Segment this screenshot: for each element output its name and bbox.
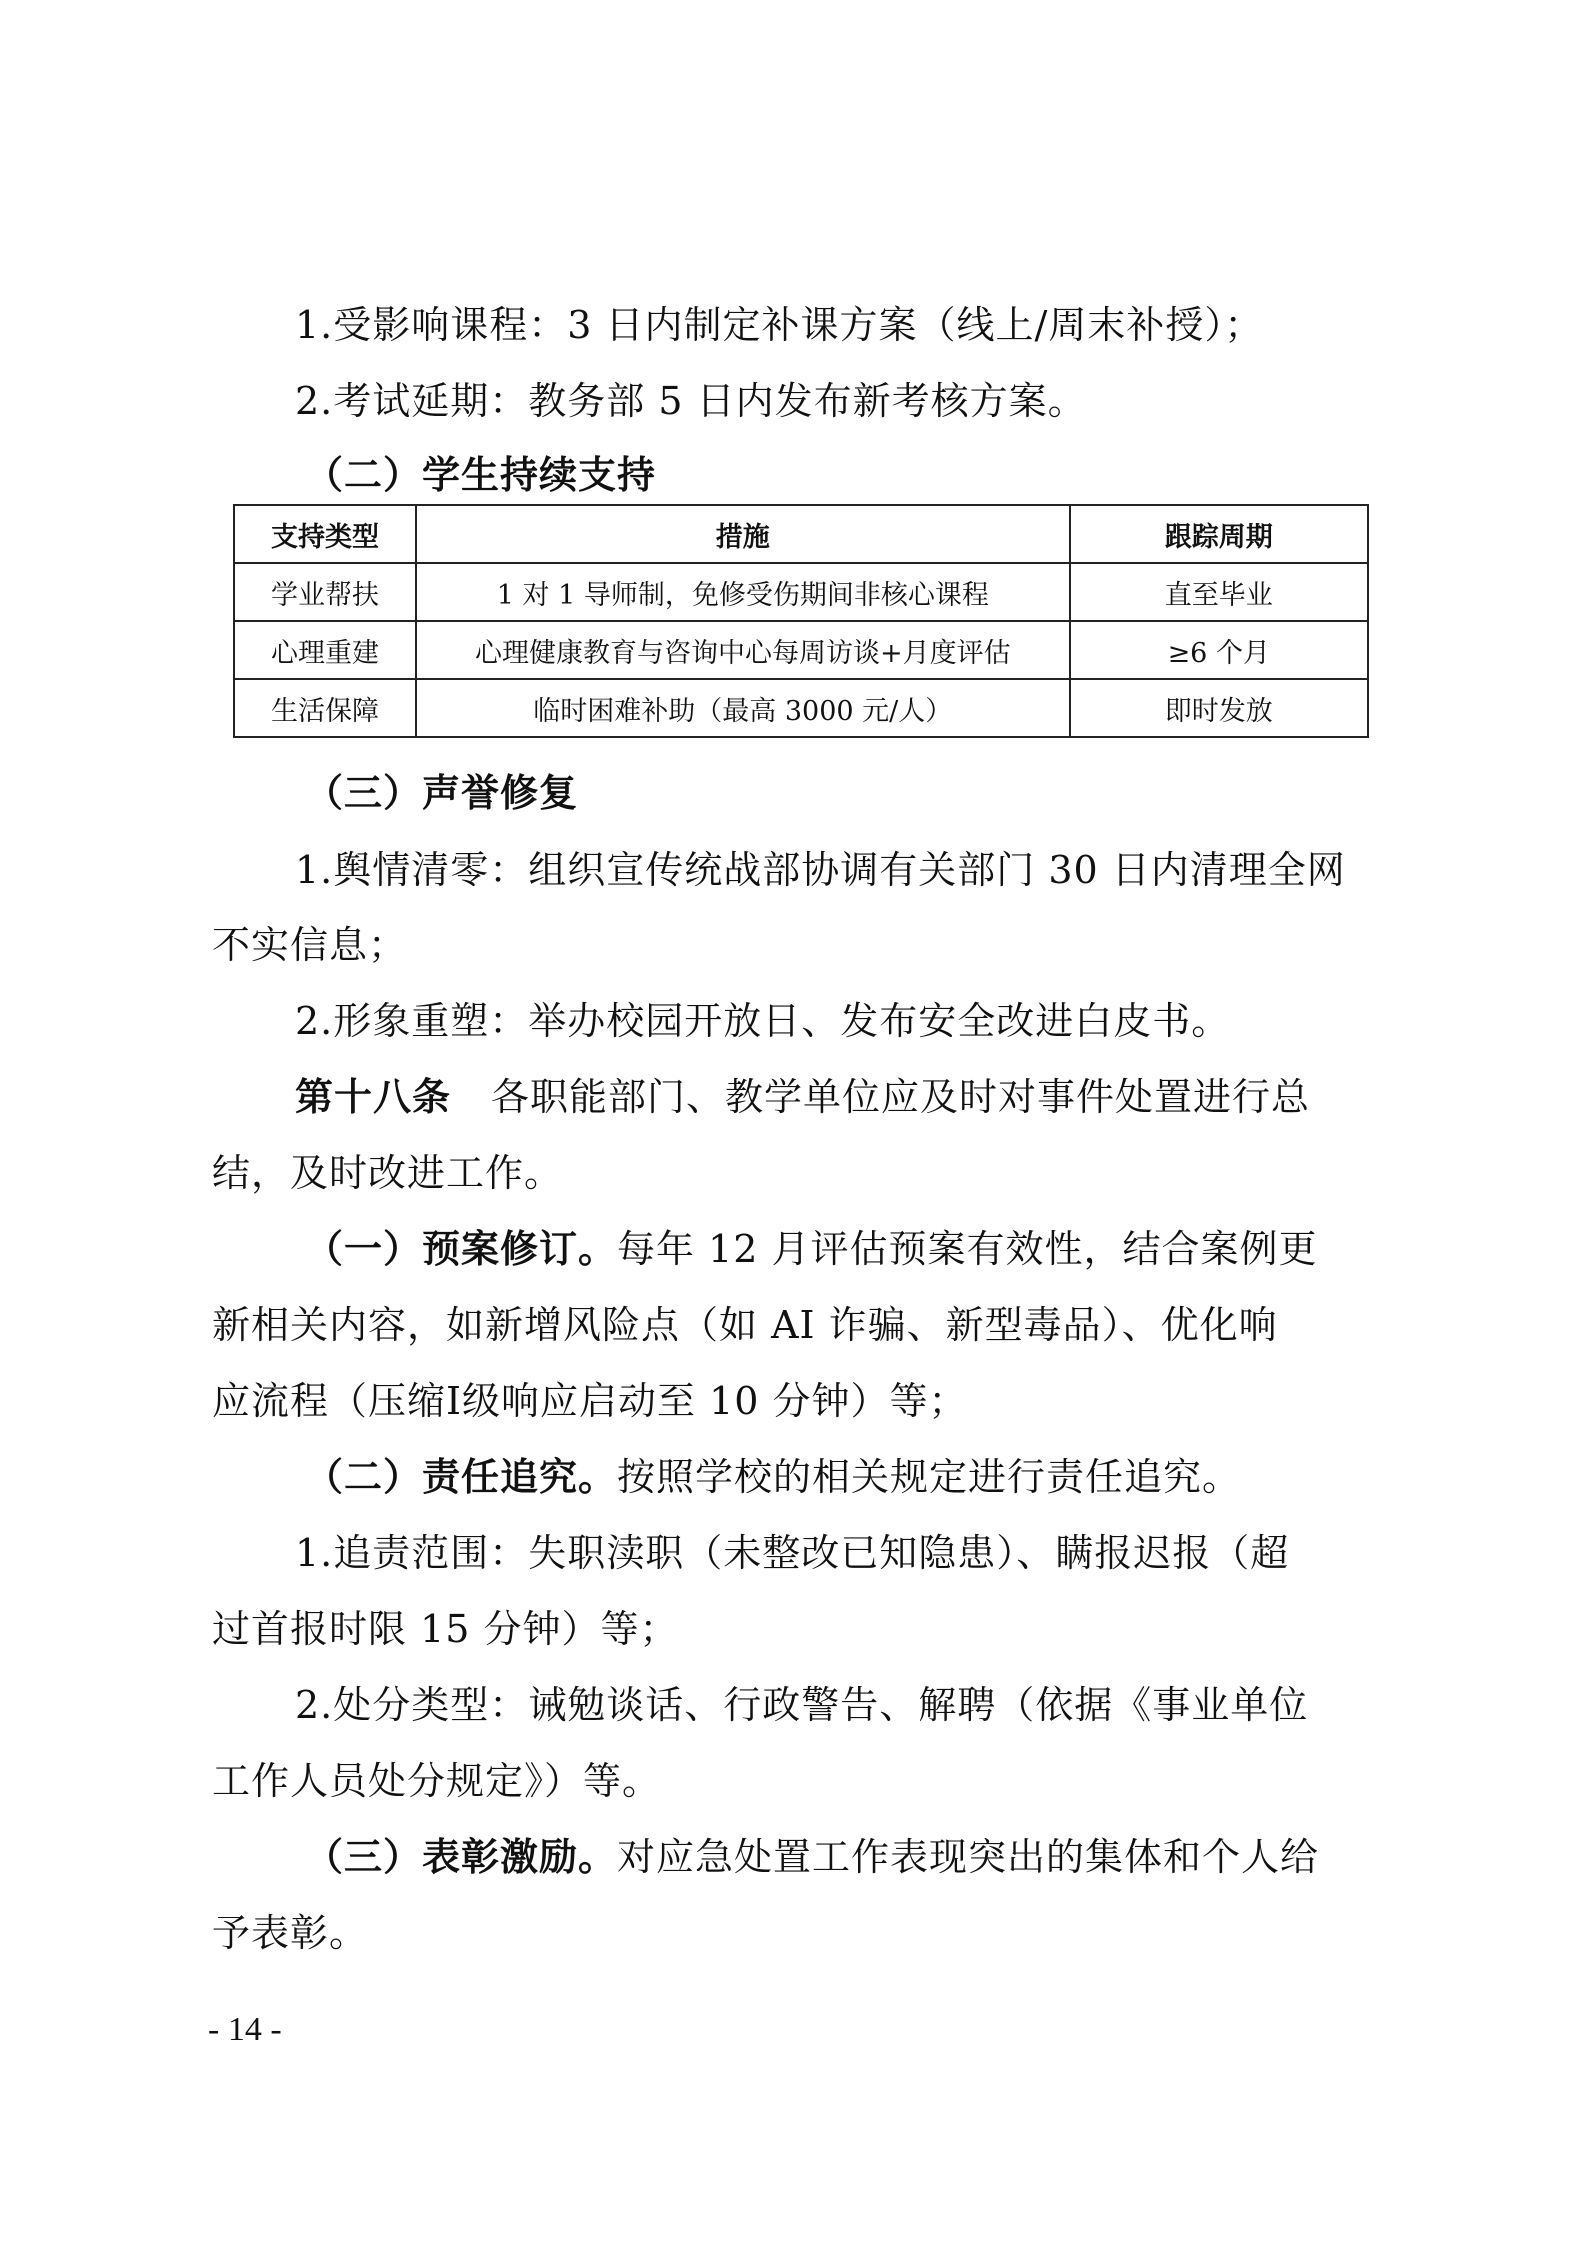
- student-support-table: 支持类型 措施 跟踪周期 学业帮扶 1 对 1 导师制，免修受伤期间非核心课程 …: [233, 504, 1369, 738]
- table-header-measures: 措施: [416, 505, 1069, 563]
- paragraph-public-opinion-line1: 1.舆情清零：组织宣传统战部协调有关部门 30 日内清理全网: [295, 845, 1346, 895]
- subsection-commendation-line2: 予表彰。: [212, 1908, 368, 1958]
- table-cell: 临时困难补助（最高 3000 元/人）: [416, 679, 1069, 737]
- table-cell: 心理健康教育与咨询中心每周访谈+月度评估: [416, 621, 1069, 679]
- table-cell: 即时发放: [1070, 679, 1368, 737]
- article-18-label: 第十八条: [295, 1074, 451, 1119]
- subsection-plan-revision-label: （一）预案修订。: [305, 1226, 617, 1271]
- table-cell: 直至毕业: [1070, 563, 1368, 621]
- subsection-plan-revision-line2: 新相关内容，如新增风险点（如 AI 诈骗、新型毒品）、优化响: [212, 1300, 1278, 1350]
- article-18-line1: 第十八条各职能部门、教学单位应及时对事件处置进行总: [295, 1072, 1310, 1122]
- subsection-plan-revision-line1: （一）预案修订。每年 12 月评估预案有效性，结合案例更: [305, 1224, 1318, 1274]
- table-row: 学业帮扶 1 对 1 导师制，免修受伤期间非核心课程 直至毕业: [234, 563, 1368, 621]
- accountability-scope-line2: 过首报时限 15 分钟）等；: [212, 1604, 679, 1654]
- paragraph-public-opinion-line2: 不实信息；: [212, 920, 407, 970]
- table-header-row: 支持类型 措施 跟踪周期: [234, 505, 1368, 563]
- table-header-tracking-period: 跟踪周期: [1070, 505, 1368, 563]
- table-cell: ≥6 个月: [1070, 621, 1368, 679]
- subsection-accountability-text: 按照学校的相关规定进行责任追究。: [617, 1455, 1241, 1499]
- page-number: - 14 -: [208, 2008, 282, 2052]
- article-18-line2: 结，及时改进工作。: [212, 1148, 563, 1198]
- subsection-commendation-text: 对应急处置工作表现突出的集体和个人给: [617, 1835, 1319, 1879]
- subsection-plan-revision-text: 每年 12 月评估预案有效性，结合案例更: [617, 1227, 1318, 1271]
- paragraph-affected-courses: 1.受影响课程：3 日内制定补课方案（线上/周末补授）；: [295, 300, 1263, 350]
- table-header-support-type: 支持类型: [234, 505, 416, 563]
- paragraph-image-rebuilding: 2.形象重塑：举办校园开放日、发布安全改进白皮书。: [295, 996, 1230, 1046]
- subsection-accountability: （二）责任追究。按照学校的相关规定进行责任追究。: [305, 1452, 1241, 1502]
- table-cell: 生活保障: [234, 679, 416, 737]
- subsection-commendation-line1: （三）表彰激励。对应急处置工作表现突出的集体和个人给: [305, 1832, 1319, 1882]
- table-row: 生活保障 临时困难补助（最高 3000 元/人） 即时发放: [234, 679, 1368, 737]
- paragraph-exam-postponement: 2.考试延期：教务部 5 日内发布新考核方案。: [295, 376, 1087, 426]
- section-heading-reputation-repair: （三）声誉修复: [305, 768, 578, 818]
- table-row: 心理重建 心理健康教育与咨询中心每周访谈+月度评估 ≥6 个月: [234, 621, 1368, 679]
- table-cell: 心理重建: [234, 621, 416, 679]
- subsection-commendation-label: （三）表彰激励。: [305, 1834, 617, 1879]
- article-18-text: 各职能部门、教学单位应及时对事件处置进行总: [491, 1075, 1310, 1119]
- subsection-plan-revision-line3: 应流程（压缩I级响应启动至 10 分钟）等；: [212, 1376, 968, 1426]
- section-heading-student-support: （二）学生持续支持: [305, 450, 656, 500]
- penalty-types-line1: 2.处分类型：诫勉谈话、行政警告、解聘（依据《事业单位: [295, 1680, 1308, 1730]
- subsection-accountability-label: （二）责任追究。: [305, 1454, 617, 1499]
- penalty-types-line2: 工作人员处分规定》）等。: [212, 1756, 661, 1806]
- accountability-scope-line1: 1.追责范围：失职渎职（未整改已知隐患）、瞒报迟报（超: [295, 1528, 1289, 1578]
- table-cell: 1 对 1 导师制，免修受伤期间非核心课程: [416, 563, 1069, 621]
- table-cell: 学业帮扶: [234, 563, 416, 621]
